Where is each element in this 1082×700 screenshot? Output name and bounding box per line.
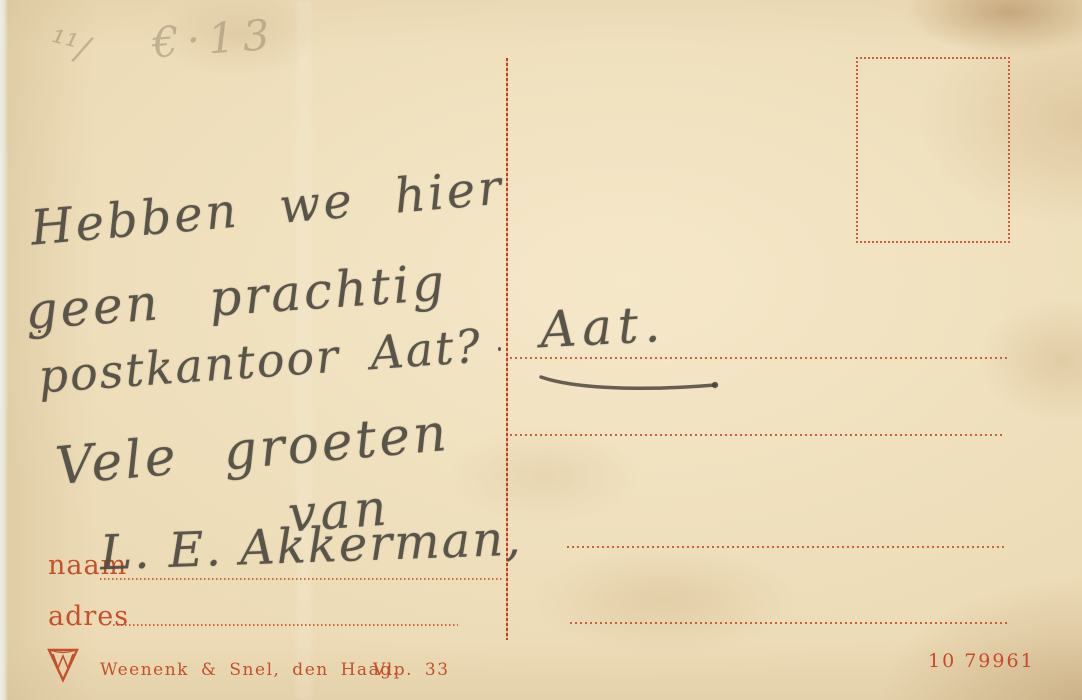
addressee-name: Aat.	[539, 295, 668, 360]
publisher-logo-icon	[46, 646, 80, 684]
stamp-box	[856, 57, 1010, 243]
address-line-1	[510, 357, 1007, 359]
address-line-4	[570, 622, 1007, 624]
publisher-imprint: Weenenk & Snel, den Haag.	[100, 660, 399, 680]
adres-line	[113, 624, 458, 626]
address-line-2	[510, 434, 1005, 436]
address-label: adres	[48, 601, 129, 632]
pencil-mark-price: €·13	[150, 10, 279, 68]
paper-speck	[38, 330, 41, 333]
addressee-underline-flourish	[535, 374, 730, 394]
serial-number: 10 79961	[928, 650, 1035, 672]
scan-edge	[0, 0, 8, 700]
series-number: Vlp. 33	[373, 660, 450, 680]
postcard-scan: ¹¹/ €·13 naam adres Hebben we hier geen …	[0, 0, 1082, 700]
address-line-3	[567, 546, 1005, 548]
paper-speck	[498, 347, 501, 351]
